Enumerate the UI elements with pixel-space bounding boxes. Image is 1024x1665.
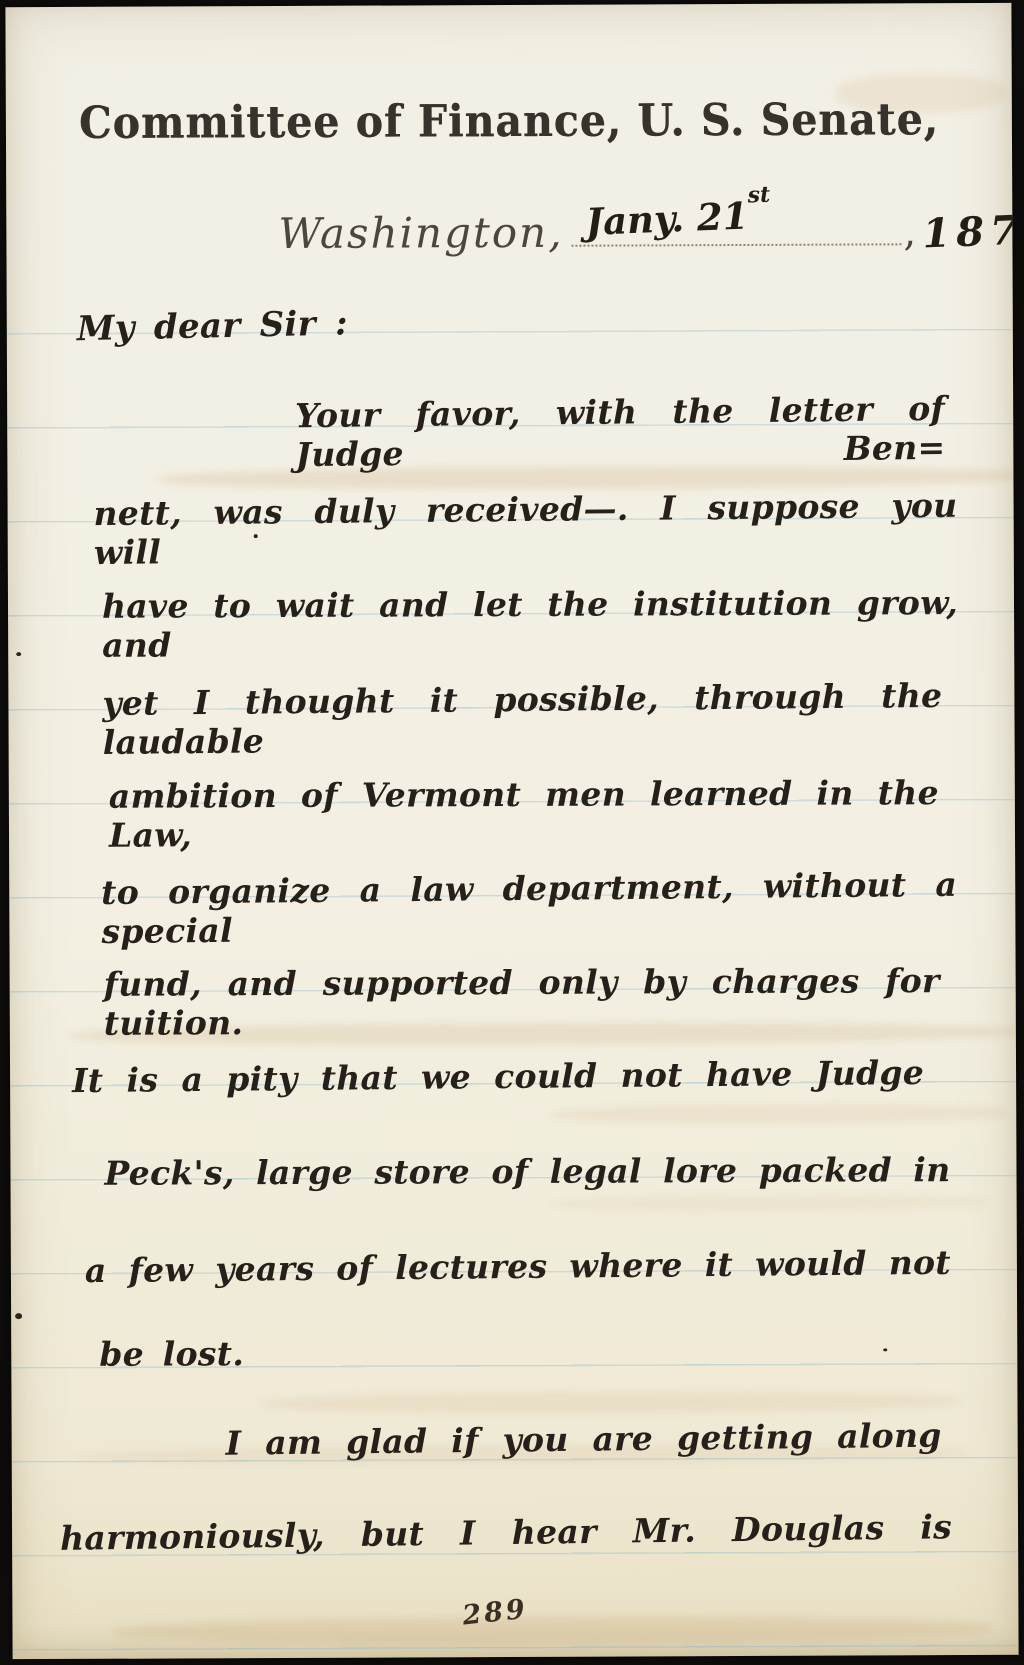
body-line: Peck's, large store of legal lore packed…: [104, 1150, 950, 1193]
dateline-comma: ,: [903, 209, 916, 255]
scanned-letter-page: { "letterhead": { "title": "Committee of…: [0, 0, 1024, 1665]
body-line: It is a pity that we could not have Judg…: [72, 1053, 924, 1100]
letterhead-place: Washington,: [278, 208, 563, 258]
body-line: I am glad if you are getting along: [225, 1416, 941, 1463]
body-line: Your favor, with the letter of Judge Ben…: [295, 389, 946, 474]
salutation: My dear Sir :: [76, 303, 348, 349]
letterhead-title: Committee of Finance, U. S. Senate,: [6, 93, 1012, 149]
body-line: have to wait and let the institution gro…: [102, 583, 958, 665]
body-line: be lost.: [99, 1334, 244, 1374]
letter-paper: Committee of Finance, U. S. Senate, Wash…: [5, 3, 1018, 1659]
body-line: to organize a law department, without a …: [101, 865, 958, 951]
body-line: nett, was duly received—. I suppose you …: [93, 486, 958, 572]
ink-speck: [15, 1313, 22, 1319]
dateline: Washington, Jany. 21st , 1879: [278, 191, 1018, 258]
date-blank-line: Jany. 21st: [571, 191, 901, 246]
ink-speck: [883, 1348, 887, 1351]
body-line: ambition of Vermont men learned in the L…: [109, 773, 939, 855]
body-line: fund, and supported only by charges for …: [104, 961, 940, 1043]
handwritten-year: 1879: [921, 205, 1018, 257]
body-line: yet I thought it possible, through the l…: [102, 676, 943, 762]
date-ordinal-suffix: st: [747, 182, 771, 209]
handwritten-date: Jany. 21st: [584, 182, 771, 244]
ink-speck: [16, 652, 21, 656]
body-line: a few years of lectures where it would n…: [85, 1243, 951, 1290]
